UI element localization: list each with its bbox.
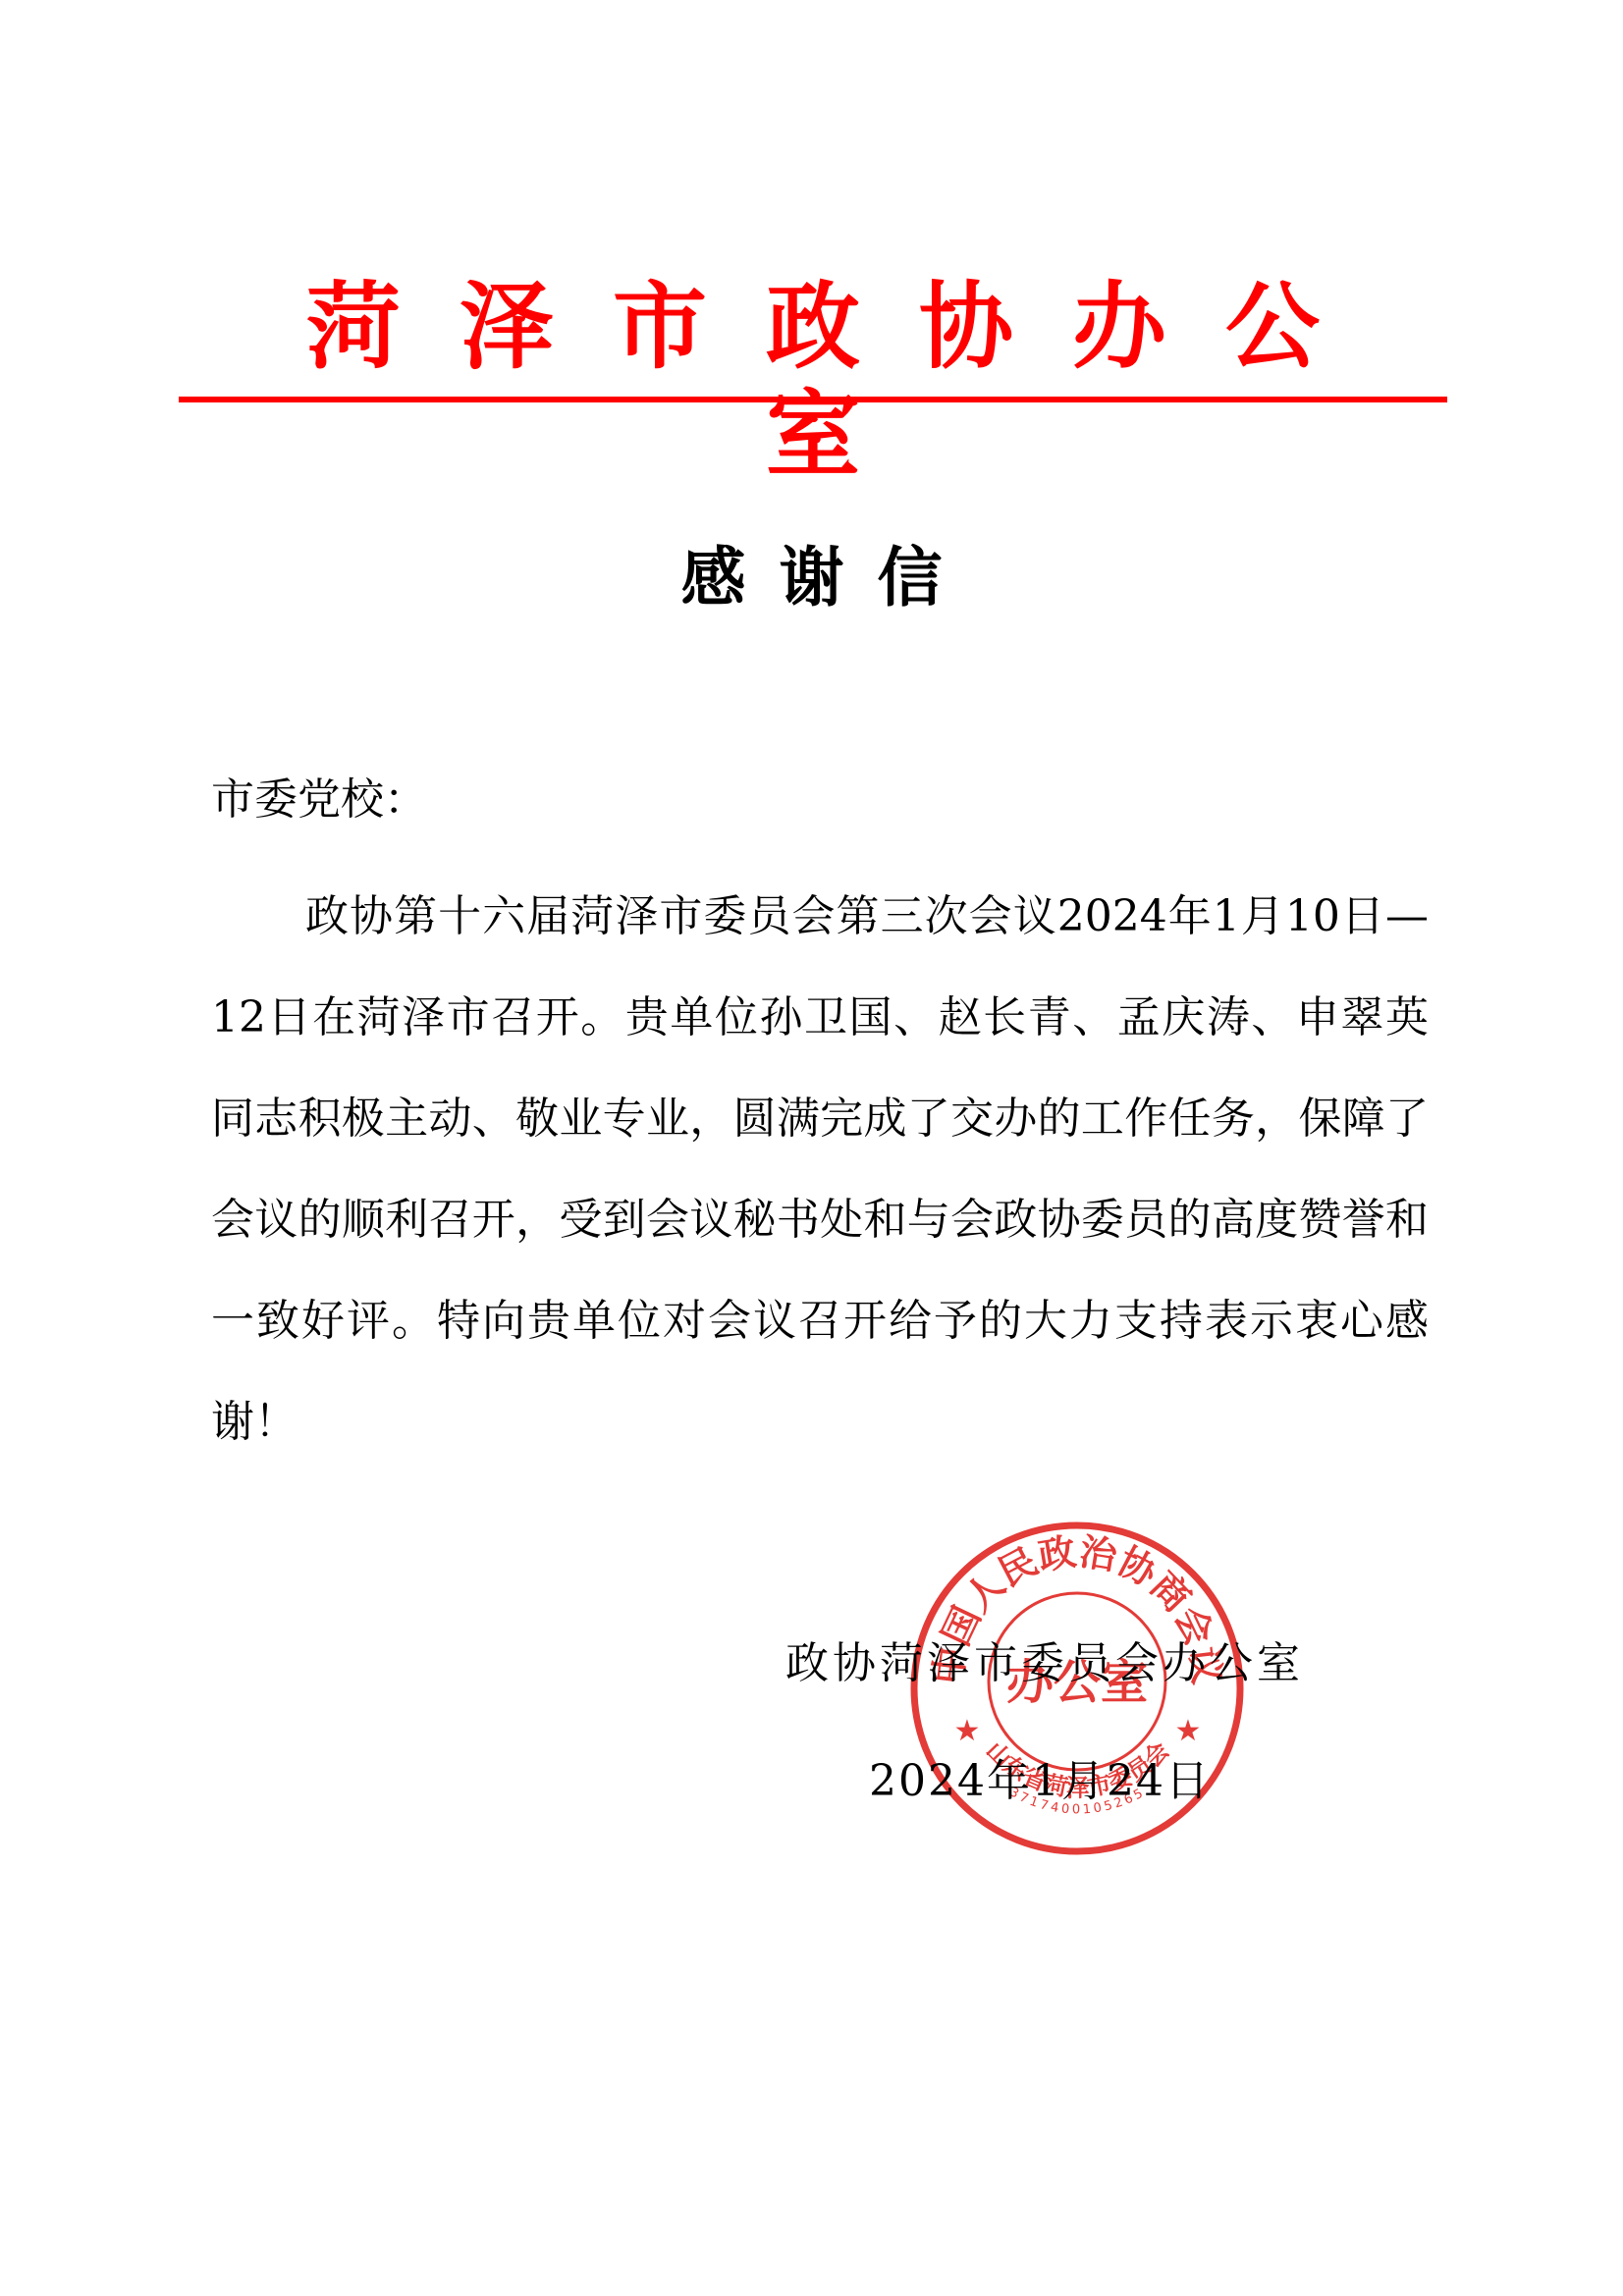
body-paragraph: 政协第十六届菏泽市委员会第三次会议2024年1月10日—12日在菏泽市召开。贵单…: [211, 866, 1429, 1472]
salutation: 市委党校：: [211, 771, 427, 829]
signature-date: 2024年1月24日: [869, 1752, 1211, 1811]
seal-star-right-icon: ★: [1175, 1714, 1202, 1748]
letterhead-red-rule: [179, 397, 1447, 402]
document-title: 感谢信: [0, 538, 1623, 616]
signature-organization: 政协菏泽市委员会办公室: [785, 1634, 1304, 1693]
seal-star-left-icon: ★: [954, 1714, 981, 1748]
letterhead-title: 菏泽市政协办公室: [177, 273, 1449, 489]
letter-body: 政协第十六届菏泽市委员会第三次会议2024年1月10日—12日在菏泽市召开。贵单…: [211, 866, 1429, 1472]
